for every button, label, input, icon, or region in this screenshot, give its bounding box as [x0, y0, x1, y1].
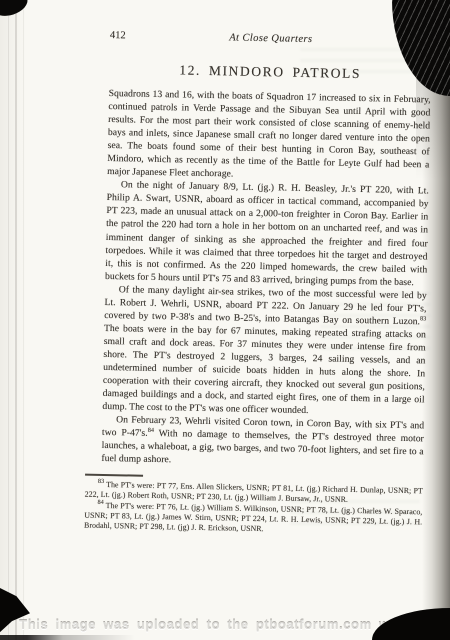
body-paragraph: On February 23, Wehrli visited Coron tow…: [101, 413, 424, 472]
body-paragraph: Squadrons 13 and 16, with the boats of S…: [107, 87, 431, 185]
section-title: 12. MINDORO PATROLS: [109, 61, 431, 83]
page-header: 412 At Close Quarters: [110, 30, 432, 50]
page-crease: [8, 0, 9, 640]
scan-corner-artifact: [0, 0, 31, 20]
body-paragraph: Of the many daylight air-sea strikes, tw…: [102, 283, 427, 420]
footnote-reference: 83: [420, 315, 426, 322]
footnote-marker: 83: [98, 478, 104, 485]
page-number: 412: [110, 30, 126, 41]
body-paragraph: On the night of January 8/9, Lt. (jg.) R…: [105, 178, 429, 289]
page-curl-bottom-left: [0, 588, 30, 634]
page-crease: [15, 0, 17, 640]
footnote-reference: 84: [148, 427, 154, 434]
page-crease: [23, 0, 24, 640]
page-content: 412 At Close Quarters 12. MINDORO PATROL…: [100, 30, 432, 538]
watermark-text: This image was uploaded to the ptboatfor…: [0, 617, 450, 632]
footnotes: 83 The PT's were: PT 77, Ens. Allen Slic…: [84, 479, 423, 538]
footnote: 84 The PT's were: PT 76, Lt. (jg.) Willi…: [84, 500, 423, 538]
scanned-book-page: 412 At Close Quarters 12. MINDORO PATROL…: [0, 0, 450, 640]
scan-bottom-edge: [0, 635, 450, 640]
running-head: At Close Quarters: [110, 30, 432, 47]
footnote-marker: 84: [97, 498, 103, 505]
page-curl-bottom-right: [372, 608, 450, 640]
body-paragraphs: Squadrons 13 and 16, with the boats of S…: [101, 87, 431, 472]
footnote-rule: [85, 474, 143, 477]
